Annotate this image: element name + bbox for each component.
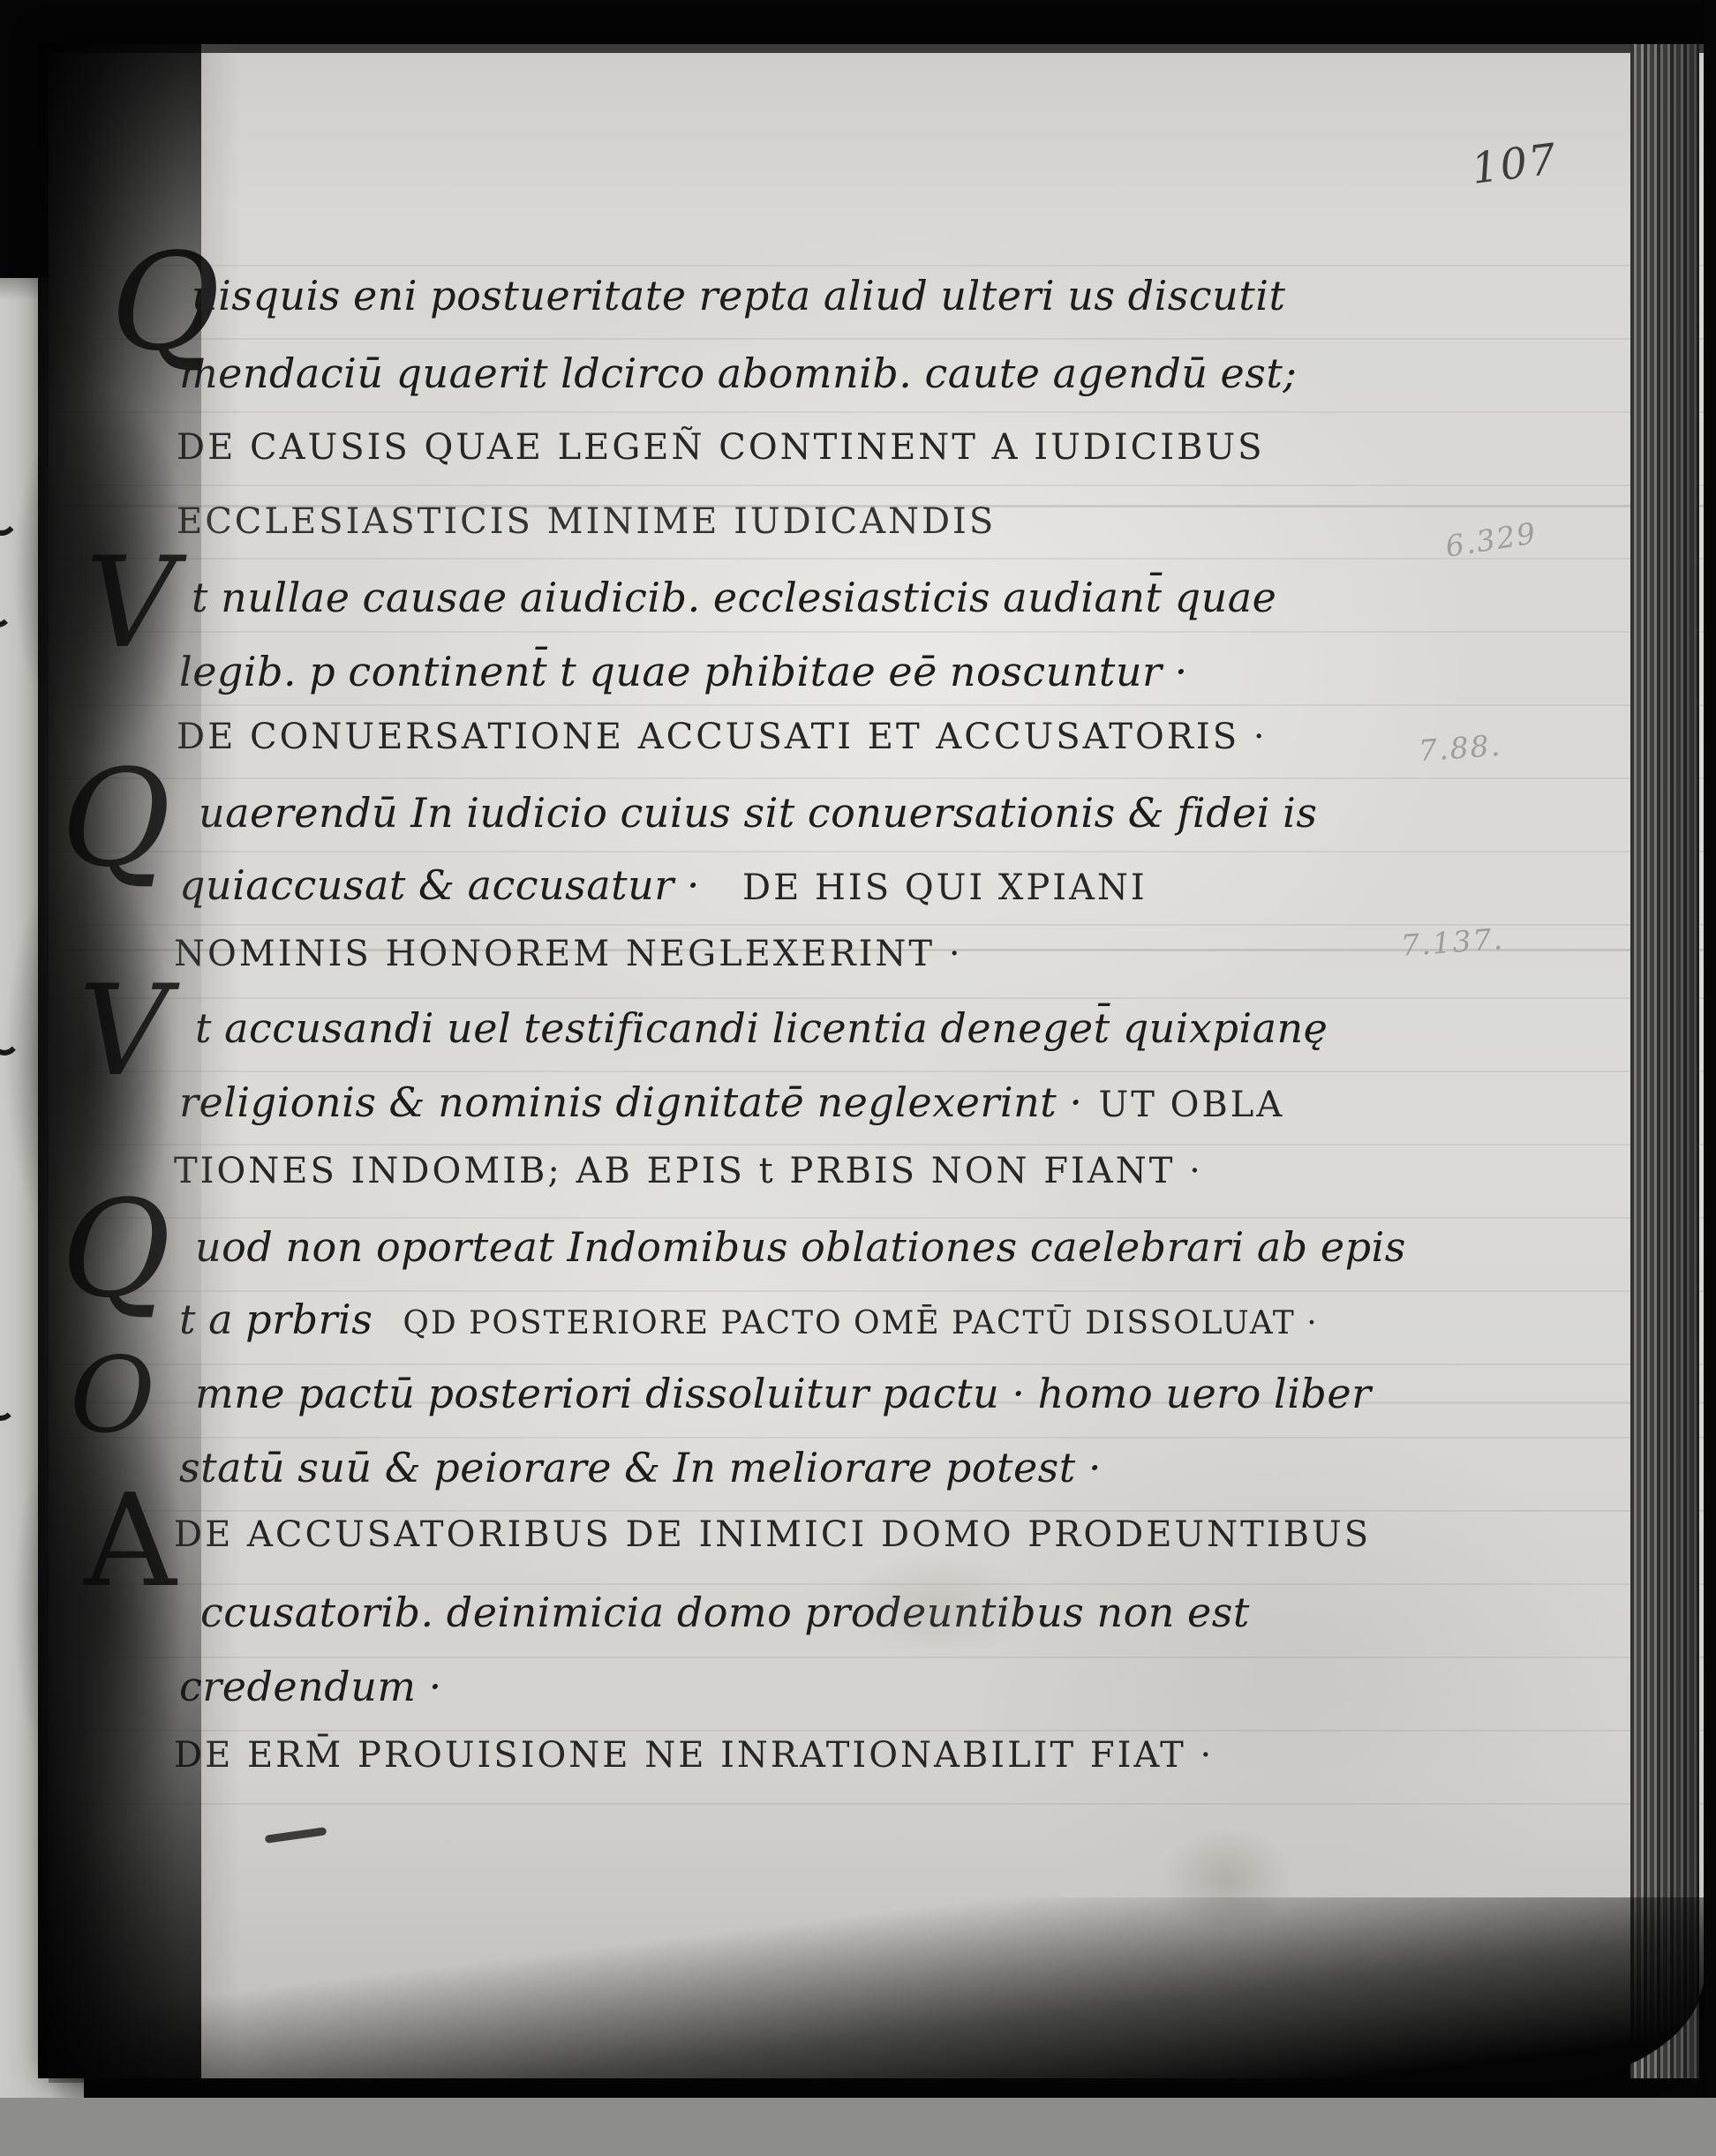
text-line: mendaciū quaerit ldcirco abomnib. caute … bbox=[179, 349, 1297, 397]
line-text: DE CONUERSATIONE ACCUSATI ET ACCUSATORIS… bbox=[177, 717, 1268, 757]
line-text: uisquis eni postueritate repta aliud ult… bbox=[192, 272, 1285, 319]
line-text: QD POSTERIORE PACTO OMĒ PACTŪ DISSOLUAT … bbox=[403, 1305, 1318, 1341]
margin-note: 7.88. bbox=[1418, 728, 1502, 768]
line-text: UT OBLA bbox=[1098, 1085, 1284, 1125]
text-line: t a prbrisQD POSTERIORE PACTO OMĒ PACTŪ … bbox=[179, 1296, 1319, 1343]
text-line: t nullae causae aiudicib. ecclesiasticis… bbox=[192, 574, 1276, 621]
parchment-stain bbox=[843, 1553, 1037, 1659]
line-text: religionis & nominis dignitatē neglexeri… bbox=[179, 1078, 1082, 1126]
line-text: uaerendū In iudicio cuius sit conuersati… bbox=[199, 789, 1317, 837]
line-text: TIONES INDOMIB; AB EPIS t PRBIS NON FIAN… bbox=[174, 1151, 1203, 1191]
rubric-line: DE CONUERSATIONE ACCUSATI ET ACCUSATORIS… bbox=[177, 717, 1268, 757]
line-text: uod non oporteat Indomibus oblationes ca… bbox=[195, 1223, 1406, 1271]
text-line: legib. p continent̄ t quae phibitae eē n… bbox=[179, 648, 1188, 695]
line-text: mne pactū posteriori dissoluitur pactu ·… bbox=[195, 1370, 1372, 1417]
line-text: DE HIS QUI XPIANI bbox=[742, 868, 1148, 908]
text-line: mne pactū posteriori dissoluitur pactu ·… bbox=[195, 1370, 1372, 1417]
rubric-line: DE CAUSIS QUAE LEGEÑ CONTINENT A IUDICIB… bbox=[177, 427, 1265, 468]
line-text: quiaccusat & accusatur · bbox=[179, 861, 700, 909]
line-text: DE ACCUSATORIBUS DE INIMICI DOMO PRODEUN… bbox=[174, 1514, 1371, 1555]
line-text: ECCLESIASTICIS MINIME IUDICANDIS bbox=[177, 501, 996, 542]
rubric-line: ECCLESIASTICIS MINIME IUDICANDIS bbox=[177, 501, 996, 542]
folio-number: 107 bbox=[1469, 134, 1561, 193]
text-line: statū suū & peiorare & In meliorare pote… bbox=[179, 1444, 1102, 1491]
line-text: DE CAUSIS QUAE LEGEÑ CONTINENT A IUDICIB… bbox=[177, 427, 1265, 468]
manuscript-page: 107 6.329 7.88. 7.137. Q V Q V Q O A uis… bbox=[49, 44, 1706, 2078]
fore-edge-texture bbox=[1630, 44, 1699, 2078]
line-text: t accusandi uel testificandi licentia de… bbox=[195, 1004, 1328, 1052]
line-text: NOMINIS HONOREM NEGLEXERINT · bbox=[174, 934, 963, 974]
gutter-shadow-bulge bbox=[13, 1377, 190, 1836]
photo-bottom-strip bbox=[0, 2098, 1716, 2156]
text-line: t accusandi uel testificandi licentia de… bbox=[195, 1004, 1328, 1052]
rubric-line: DE ACCUSATORIBUS DE INIMICI DOMO PRODEUN… bbox=[174, 1514, 1371, 1555]
text-line: uod non oporteat Indomibus oblationes ca… bbox=[195, 1223, 1406, 1271]
text-line: ccusatorib. deinimicia domo prodeuntibus… bbox=[200, 1589, 1250, 1636]
line-text: DE ERM̄ PROUISIONE NE INRATIONABILIT FIA… bbox=[174, 1735, 1214, 1776]
text-line: quiaccusat & accusatur ·DE HIS QUI XPIAN… bbox=[179, 861, 1148, 909]
line-text: t nullae causae aiudicib. ecclesiasticis… bbox=[192, 574, 1276, 621]
line-text: statū suū & peiorare & In meliorare pote… bbox=[179, 1444, 1102, 1491]
margin-note: 7.137. bbox=[1400, 921, 1505, 963]
rubric-line: NOMINIS HONOREM NEGLEXERINT · bbox=[174, 934, 963, 974]
text-line: uisquis eni postueritate repta aliud ult… bbox=[192, 272, 1285, 319]
rubric-line: DE ERM̄ PROUISIONE NE INRATIONABILIT FIA… bbox=[174, 1735, 1214, 1776]
line-text: mendaciū quaerit ldcirco abomnib. caute … bbox=[179, 349, 1297, 397]
text-line: uaerendū In iudicio cuius sit conuersati… bbox=[199, 789, 1317, 837]
line-text: legib. p continent̄ t quae phibitae eē n… bbox=[179, 648, 1188, 695]
rubric-line: TIONES INDOMIB; AB EPIS t PRBIS NON FIAN… bbox=[174, 1151, 1203, 1191]
page-bottom-shadow bbox=[49, 1897, 1706, 2083]
gutter-shadow-bulge bbox=[4, 847, 172, 1271]
line-text: ccusatorib. deinimicia domo prodeuntibus… bbox=[200, 1589, 1250, 1636]
text-line: religionis & nominis dignitatē neglexeri… bbox=[179, 1078, 1284, 1126]
photo-background-right bbox=[1704, 0, 1716, 2156]
gutter-shadow-bulge bbox=[13, 388, 190, 759]
